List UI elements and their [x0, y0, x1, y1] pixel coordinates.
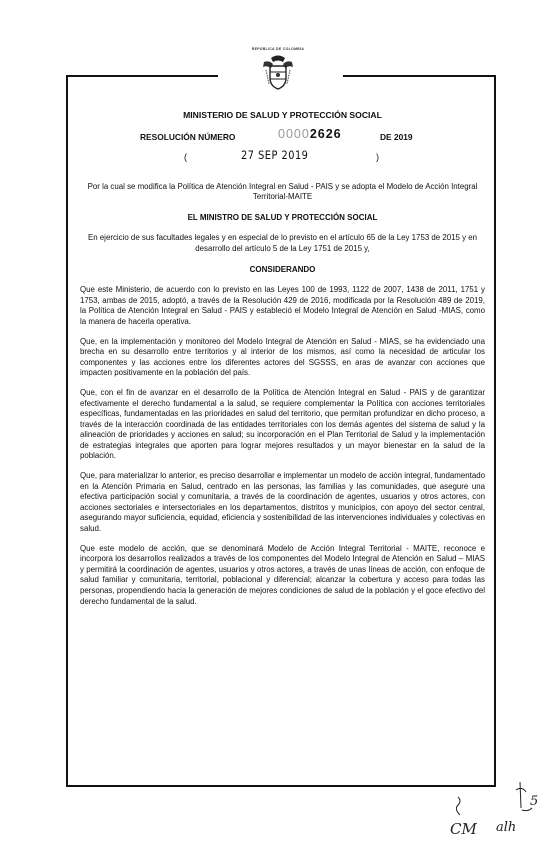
signature-mark-icon	[508, 780, 538, 820]
faculties-text: En ejercicio de sus facultades legales y…	[80, 233, 485, 254]
paragraph: Que, para materializar lo anterior, es p…	[80, 471, 485, 535]
resolution-purpose: Por la cual se modifica la Política de A…	[80, 182, 485, 203]
handwritten-initials: alh	[496, 820, 516, 835]
paragraph: Que, con el fin de avanzar en el desarro…	[80, 388, 485, 462]
document-body: MINISTERIO DE SALUD Y PROTECCIÓN SOCIAL …	[80, 110, 485, 607]
paragraph: Que este Ministerio, de acuerdo con lo p…	[80, 285, 485, 327]
resolution-year: DE 2019	[380, 132, 413, 143]
signature-mark-icon	[450, 795, 470, 820]
resolution-date-line: ( 27 SEP 2019 )	[80, 150, 485, 168]
paragraph: Que, en la implementación y monitoreo de…	[80, 337, 485, 379]
resolution-date-stamp: 27 SEP 2019	[241, 150, 308, 161]
considerando-heading: CONSIDERANDO	[80, 265, 485, 276]
resolution-number: 00002626	[278, 129, 342, 140]
coat-of-arms-icon	[261, 54, 295, 92]
handwritten-initials: CM	[450, 820, 477, 838]
ministry-title: MINISTERIO DE SALUD Y PROTECCIÓN SOCIAL	[80, 110, 485, 121]
authority-heading: EL MINISTRO DE SALUD Y PROTECCIÓN SOCIAL	[80, 213, 485, 224]
paragraph: Que este modelo de acción, que se denomi…	[80, 544, 485, 608]
resolution-number-line: RESOLUCIÓN NÚMERO 00002626 DE 2019	[80, 130, 485, 144]
resolution-label: RESOLUCIÓN NÚMERO	[140, 132, 235, 143]
considerando-paragraphs: Que este Ministerio, de acuerdo con lo p…	[80, 285, 485, 607]
seal-caption: REPÚBLICA DE COLOMBIA	[0, 47, 556, 51]
